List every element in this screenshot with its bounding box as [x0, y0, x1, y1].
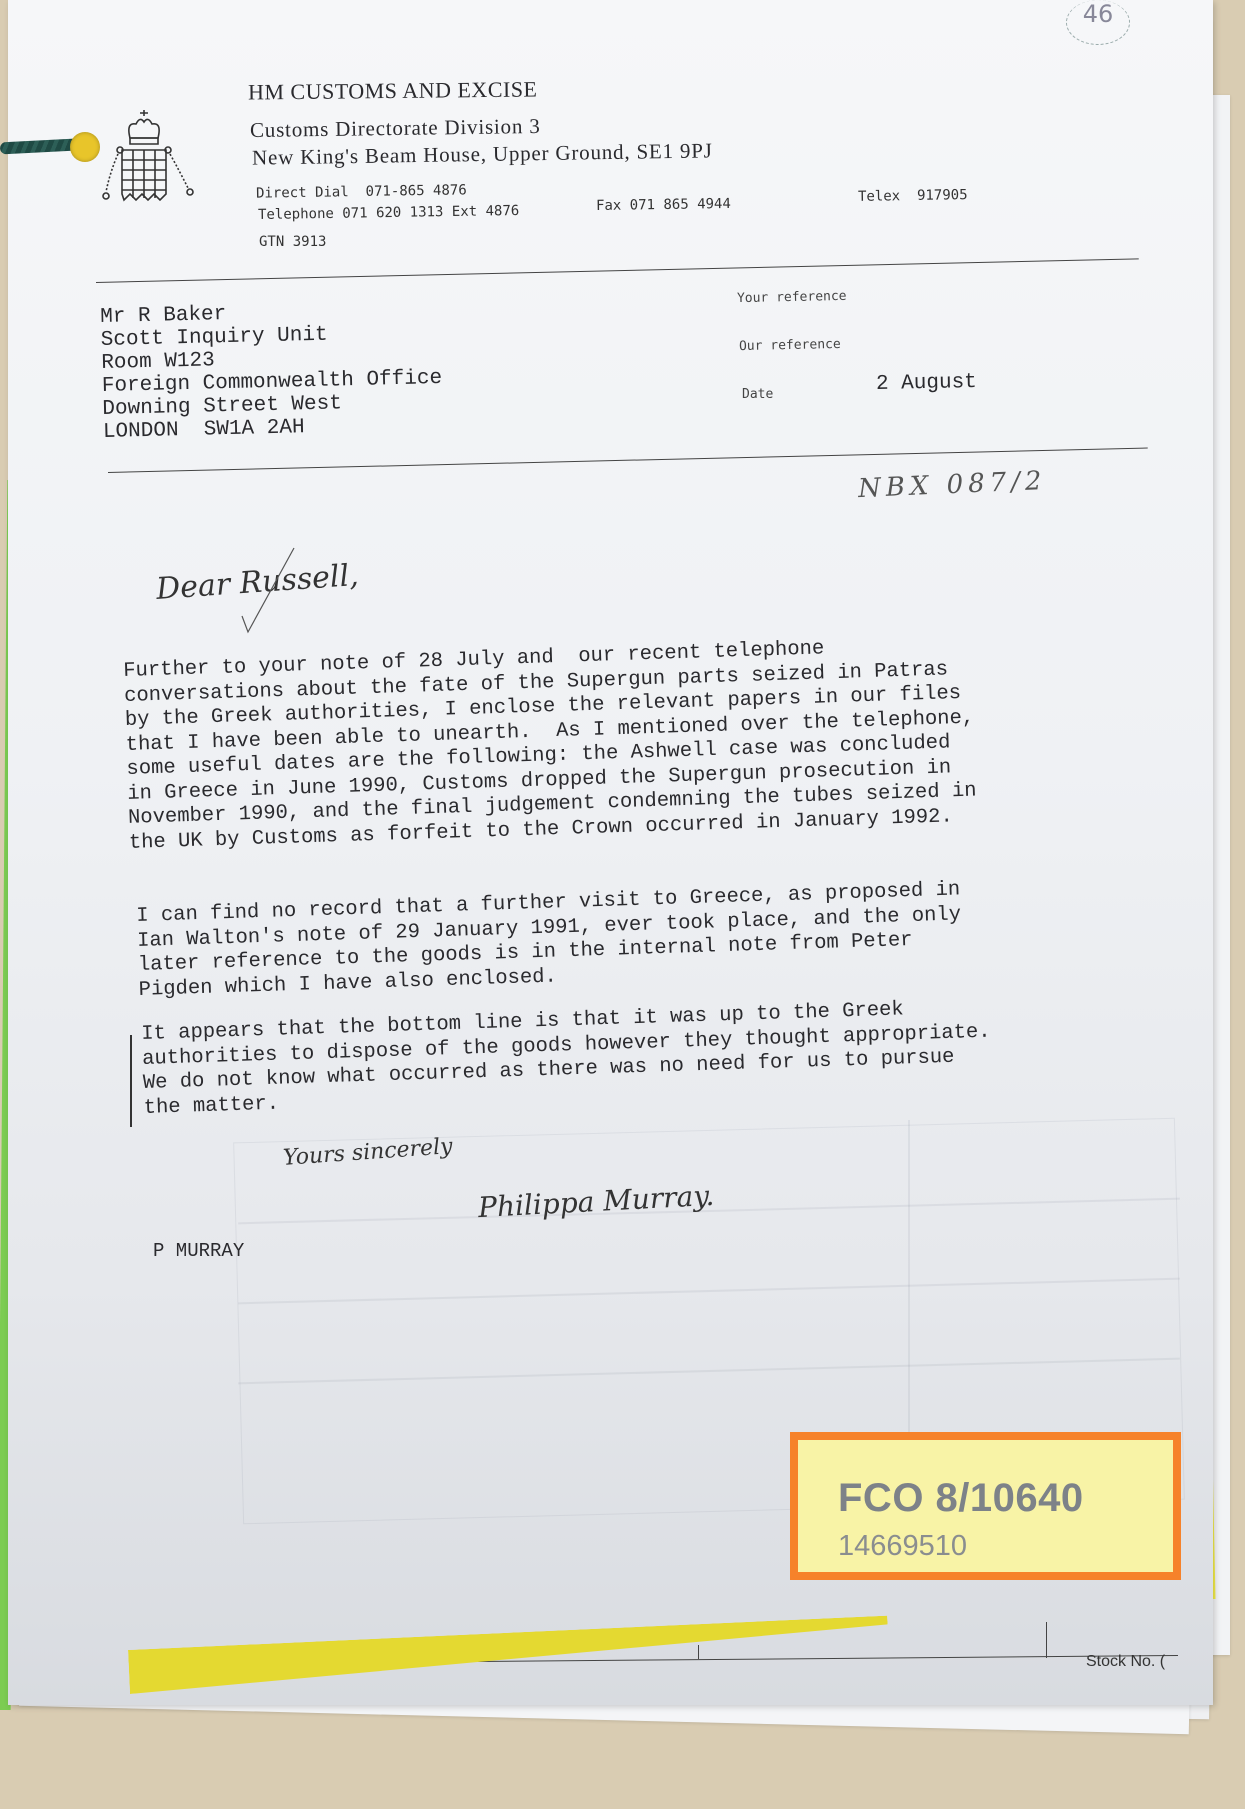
- our-reference-label: Our reference: [739, 337, 841, 354]
- body-paragraph-3: It appears that the bottom line is that …: [141, 996, 993, 1121]
- signatory-name: P MURRAY: [153, 1240, 244, 1262]
- form-tick: [698, 1645, 699, 1659]
- letterhead-direct-dial: Direct Dial 071-865 4876: [256, 182, 467, 201]
- archive-reference: FCO 8/10640: [838, 1476, 1084, 1521]
- page-number-stamp: 46: [1066, 0, 1130, 45]
- handwritten-file-reference: NBX 087/2: [857, 466, 1047, 504]
- body-paragraph-1: Further to your note of 28 July and our …: [123, 633, 978, 856]
- letterhead-address: New King's Beam House, Upper Ground, SE1…: [252, 138, 713, 170]
- archive-reference-label: FCO 8/10640 14669510: [790, 1432, 1181, 1580]
- body-paragraph-2: I can find no record that a further visi…: [136, 878, 963, 1003]
- header-divider: [96, 258, 1139, 283]
- letterhead-telephone: Telephone 071 620 1313 Ext 4876: [258, 203, 520, 223]
- checkmark-icon: [238, 546, 298, 636]
- date-value: 2 August: [876, 371, 977, 396]
- letterhead-division: Customs Directorate Division 3: [250, 114, 541, 143]
- date-label: Date: [742, 387, 773, 402]
- letterhead-organisation: HM CUSTOMS AND EXCISE: [248, 76, 538, 105]
- your-reference-label: Your reference: [737, 289, 847, 306]
- letterhead-gtn: GTN 3913: [259, 234, 326, 250]
- form-rule: [478, 1655, 1178, 1662]
- stock-number-label: Stock No. (: [1086, 1653, 1165, 1671]
- archive-item-id: 14669510: [838, 1530, 967, 1563]
- portcullis-crest-icon: [100, 108, 220, 228]
- recipient-address: Mr R Baker Scott Inquiry Unit Room W123 …: [100, 298, 443, 444]
- letterhead-telex: Telex 917905: [858, 187, 968, 205]
- letterhead-fax: Fax 071 865 4944: [596, 196, 731, 214]
- form-tick: [1046, 1622, 1047, 1658]
- margin-sideline-mark: [130, 1035, 132, 1127]
- punch-hole-eyelet: [70, 132, 100, 162]
